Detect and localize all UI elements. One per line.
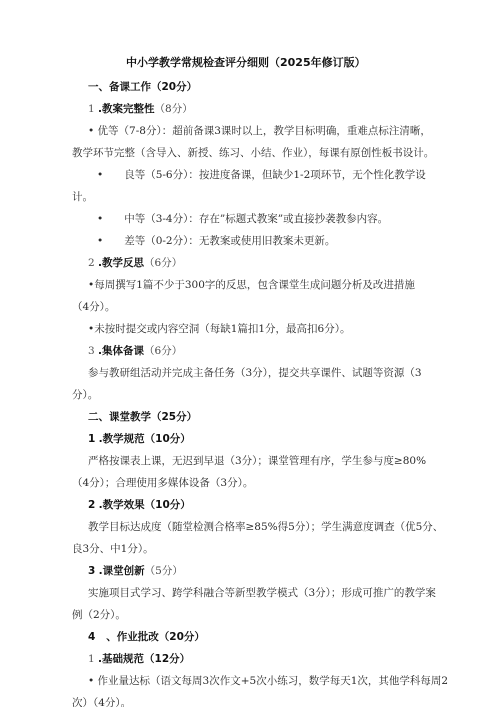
paragraph-line: • 差等（0-2分）：无教案或使用旧教案未更新。 bbox=[97, 234, 335, 248]
item-number: 2 bbox=[88, 499, 95, 511]
item-label: .基础规范（12分） bbox=[98, 653, 190, 665]
paragraph-line: 计。 bbox=[72, 190, 93, 204]
paragraph-line: •每周撰写1篇不少于300字的反思，包含课堂生成问题分析及改进措施 bbox=[88, 278, 415, 292]
item-number: 1 bbox=[88, 433, 95, 445]
item-heading: 3 .课堂创新（5分） bbox=[88, 564, 183, 578]
paragraph-line: （4分）。 bbox=[72, 300, 115, 314]
paragraph-line: •未按时提交或内容空洞（每缺1篇扣1分，最高扣6分）。 bbox=[88, 322, 350, 336]
document-title: 中小学教学常规检查评分细则（2025年修订版） bbox=[126, 56, 366, 70]
item-number: 3 bbox=[88, 565, 95, 577]
item-heading: 3 .集体备课（6分） bbox=[88, 344, 182, 358]
item-label: .教学规范（10分） bbox=[99, 433, 191, 445]
item-label: .课堂创新 bbox=[99, 565, 145, 577]
item-points: （6分） bbox=[144, 345, 182, 357]
paragraph-line: 严格按课表上课，无迟到早退（3分）；课堂管理有序，学生参与度≥80% bbox=[88, 454, 426, 468]
paragraph-line: • 良等（5-6分）：按进度备课，但缺少1-2项环节，无个性化教学设 bbox=[97, 168, 426, 182]
section-number: 4 bbox=[88, 631, 95, 643]
paragraph-line: 次）（4分）。 bbox=[72, 696, 131, 707]
paragraph-line: 例（2分）。 bbox=[72, 608, 126, 622]
item-heading: 1 .教学规范（10分） bbox=[88, 432, 191, 446]
paragraph-line: 教学目标达成度（随堂检测合格率≥85%得5分）；学生满意度调查（优5分、 bbox=[88, 520, 443, 534]
section-heading: 二、课堂教学（25分） bbox=[88, 410, 197, 424]
item-points: （5分） bbox=[145, 565, 183, 577]
paragraph-line: 分）。 bbox=[72, 388, 98, 402]
item-number: 1 bbox=[88, 103, 95, 115]
section-title: 、作业批改（20分） bbox=[106, 631, 205, 643]
item-label: .集体备课 bbox=[98, 345, 144, 357]
item-heading: 2 .教学效果（10分） bbox=[88, 498, 191, 512]
item-label: .教学效果（10分） bbox=[99, 499, 191, 511]
item-label: .教学反思 bbox=[98, 257, 144, 269]
paragraph-line: （4分）；合理使用多媒体设备（3分）。 bbox=[72, 476, 253, 490]
paragraph-line: • 作业量达标（语文每周3次作文+5次小练习，数学每天1次，其他学科每周2 bbox=[88, 674, 448, 688]
item-points: （6分） bbox=[144, 257, 182, 269]
paragraph-line: 良3分、中1分）。 bbox=[72, 542, 154, 556]
item-number: 2 bbox=[88, 257, 95, 269]
paragraph-line: • 中等（3-4分）：存在”标题式教案”或直接抄袭教参内容。 bbox=[97, 212, 388, 226]
item-heading: 1 .基础规范（12分） bbox=[88, 652, 190, 666]
paragraph-line: 实施项目式学习、跨学科融合等新型教学模式（3分）；形成可推广的教学案 bbox=[88, 586, 436, 600]
section-heading: 4 、作业批改（20分） bbox=[88, 630, 205, 644]
section-heading: 一、备课工作（20分） bbox=[88, 80, 197, 94]
item-heading: 1 .教案完整性（8分） bbox=[88, 102, 193, 116]
item-heading: 2 .教学反思（6分） bbox=[88, 256, 182, 270]
paragraph-line: 教学环节完整（含导入、新授、练习、小结、作业），每课有原创性板书设计。 bbox=[72, 146, 434, 160]
paragraph-line: • 优等（7-8分）：超前备课3课时以上，教学目标明确，重难点标注清晰， bbox=[88, 124, 431, 138]
paragraph-line: 参与教研组活动并完成主备任务（3分），提交共享课件、试题等资源（3 bbox=[88, 366, 422, 380]
document-page: 中小学教学常规检查评分细则（2025年修订版） 一、备课工作（20分） 1 .教… bbox=[0, 0, 500, 707]
item-number: 1 bbox=[88, 653, 95, 665]
item-number: 3 bbox=[88, 345, 95, 357]
item-label: .教案完整性 bbox=[98, 103, 155, 115]
item-points: （8分） bbox=[155, 103, 193, 115]
